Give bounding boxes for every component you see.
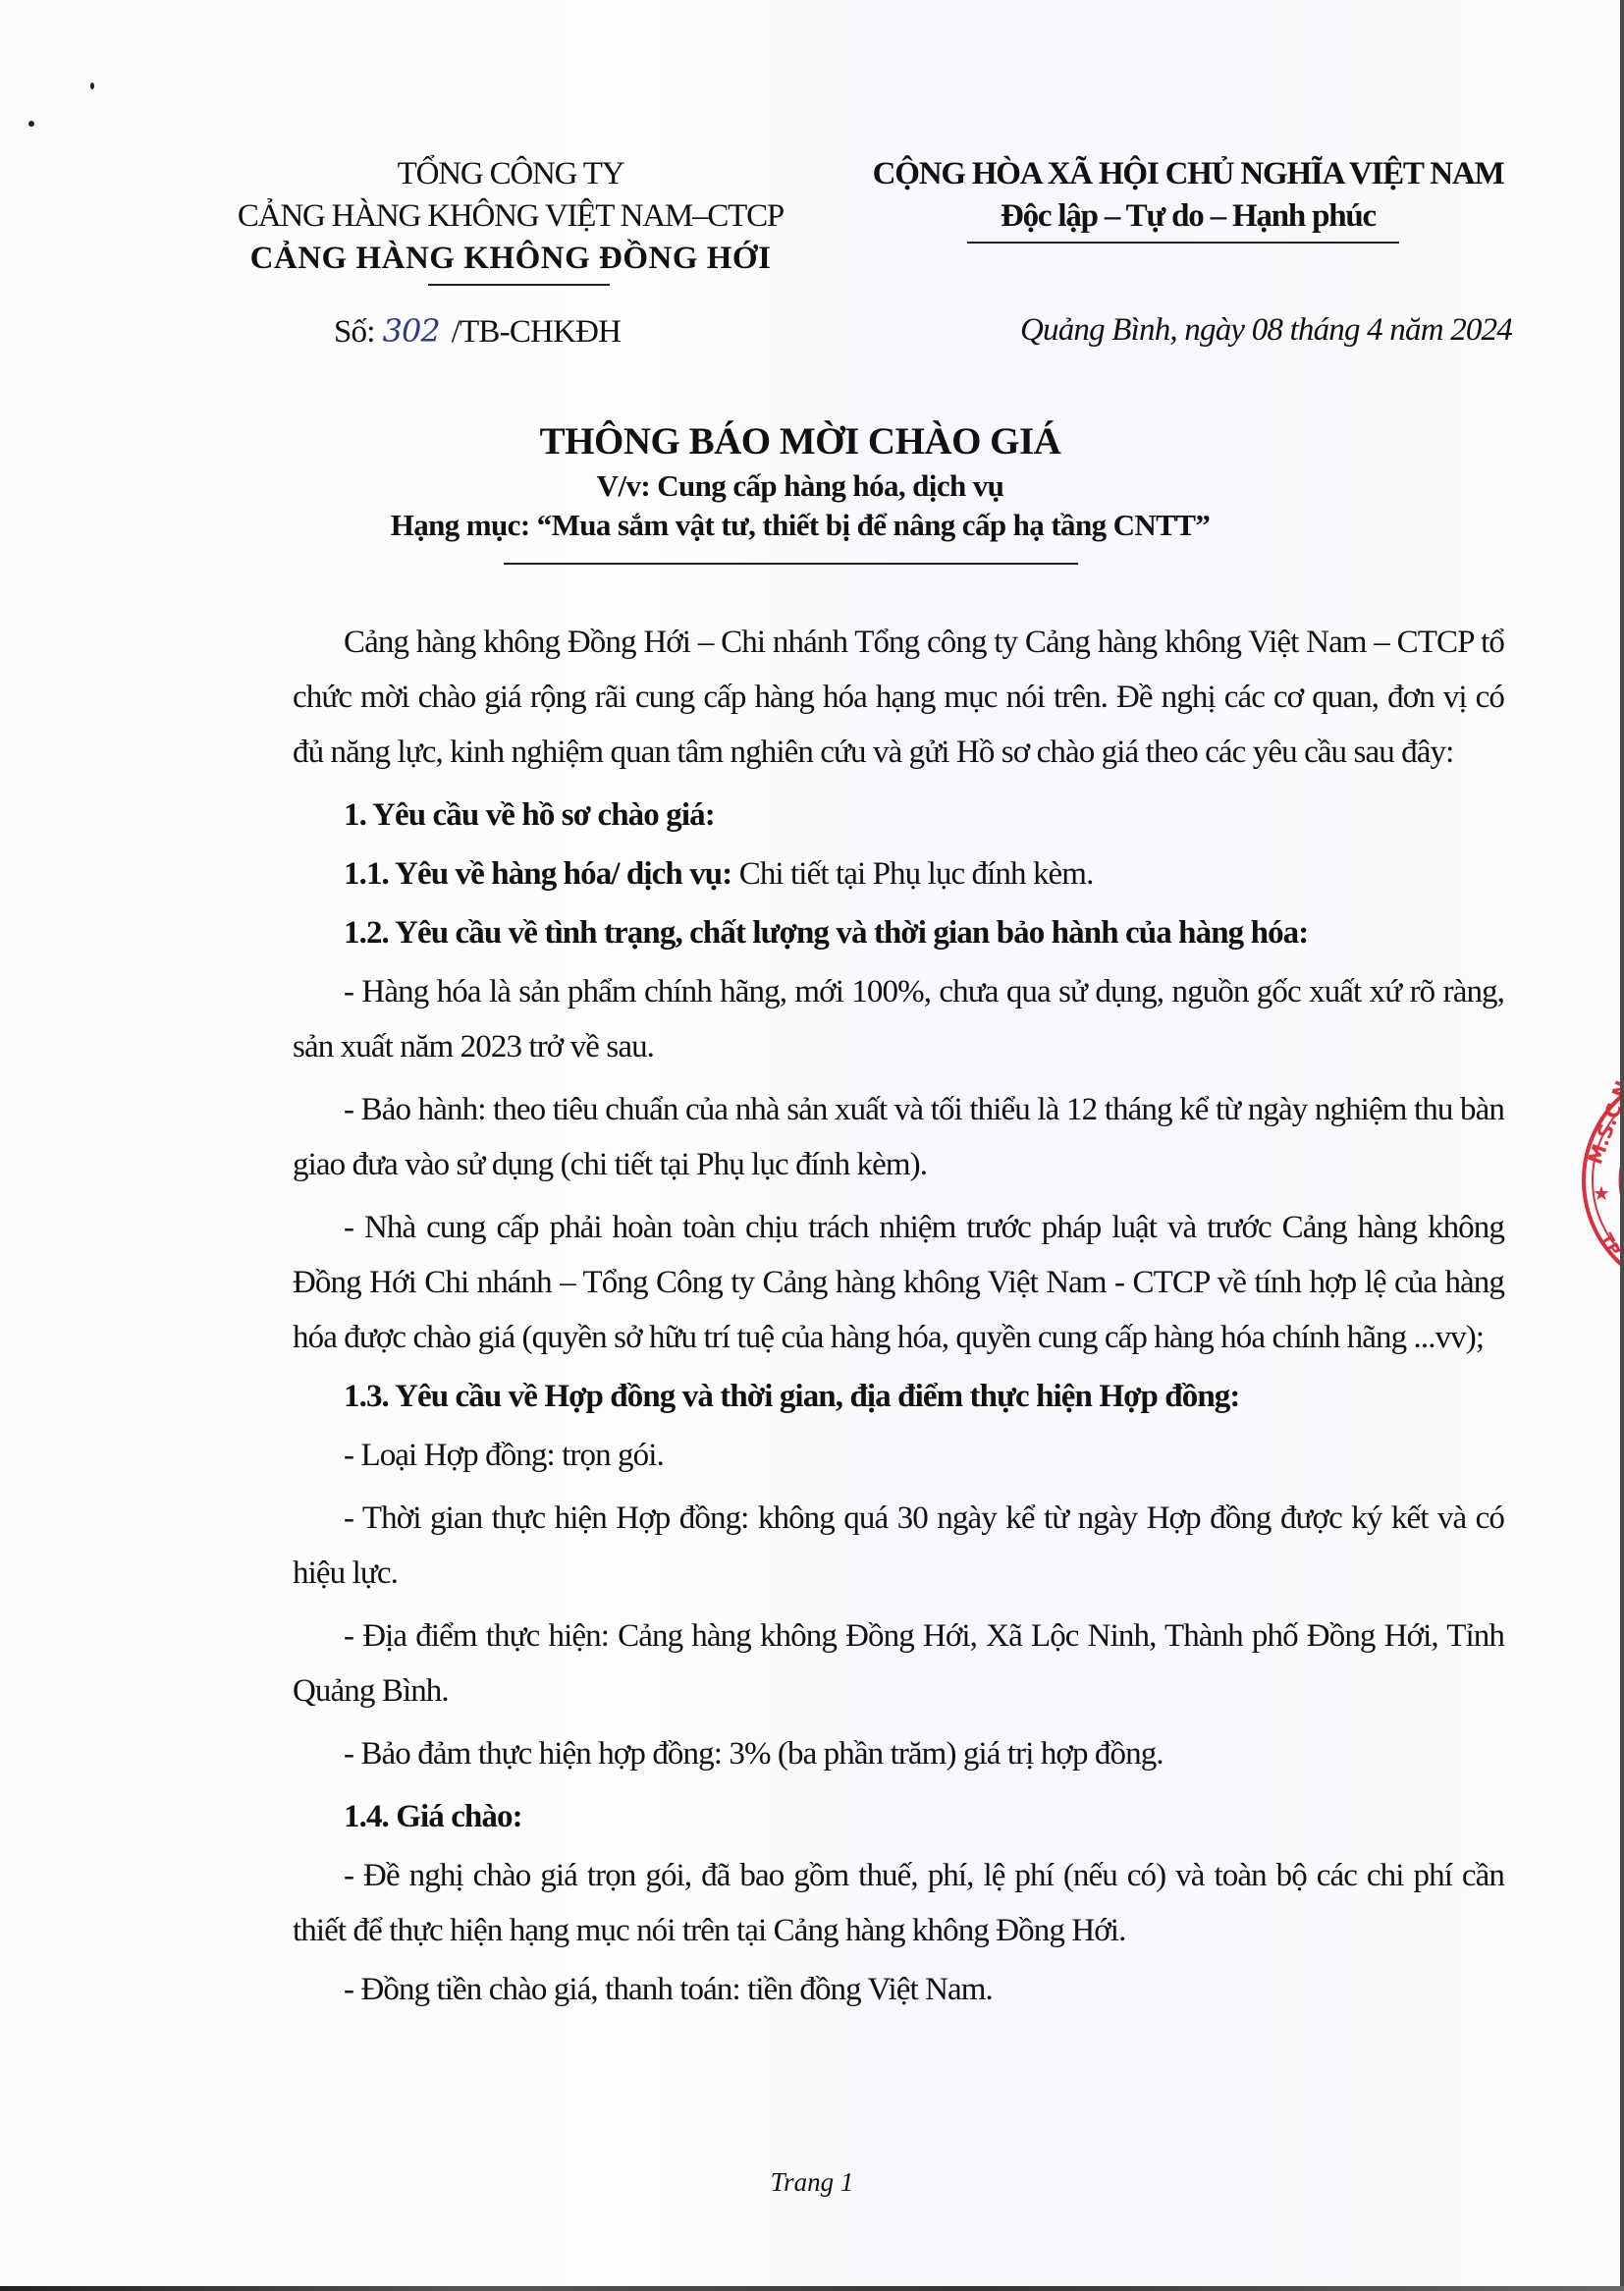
scan-edge bbox=[1620, 0, 1624, 2291]
section-1-heading: 1. Yêu cầu về hồ sơ chào giá: bbox=[293, 788, 1504, 843]
document-item: Hạng mục: “Mua sắm vật tư, thiết bị để n… bbox=[295, 506, 1306, 545]
scan-edge bbox=[0, 2286, 1624, 2291]
document-page: TỔNG CÔNG TY CẢNG HÀNG KHÔNG VIỆT NAM–CT… bbox=[0, 0, 1624, 2291]
page-number: Trang 1 bbox=[0, 2167, 1624, 2198]
scan-speck bbox=[28, 121, 34, 127]
list-item: - Bảo hành: theo tiêu chuẩn của nhà sản … bbox=[293, 1082, 1504, 1192]
issuing-organization: TỔNG CÔNG TY CẢNG HÀNG KHÔNG VIỆT NAM–CT… bbox=[196, 153, 825, 286]
doc-number-label: Số: bbox=[334, 314, 375, 350]
stamp-text: M.S.C.N bbox=[1583, 1077, 1624, 1167]
list-item: - Hàng hóa là sản phẩm chính hãng, mới 1… bbox=[293, 964, 1504, 1074]
title-underline bbox=[504, 563, 1078, 565]
section-1-1-text: Chi tiết tại Phụ lục đính kèm. bbox=[731, 856, 1093, 892]
intro-paragraph: Cảng hàng không Đồng Hới – Chi nhánh Tổn… bbox=[293, 615, 1504, 780]
country-name: CỘNG HÒA XÃ HỘI CHỦ NGHĨA VIỆT NAM bbox=[844, 153, 1532, 195]
list-item: - Bảo đảm thực hiện hợp đồng: 3% (ba phầ… bbox=[293, 1726, 1504, 1781]
title-block: THÔNG BÁO MỜI CHÀO GIÁ V/v: Cung cấp hàn… bbox=[295, 417, 1306, 565]
document-title: THÔNG BÁO MỜI CHÀO GIÁ bbox=[295, 417, 1306, 466]
org-underline bbox=[428, 284, 610, 286]
scan-speck bbox=[90, 82, 94, 89]
org-parent-line2: CẢNG HÀNG KHÔNG VIỆT NAM–CTCP bbox=[196, 195, 825, 238]
list-item: - Thời gian thực hiện Hợp đồng: không qu… bbox=[293, 1491, 1504, 1601]
motto: Độc lập – Tự do – Hạnh phúc bbox=[844, 195, 1532, 238]
national-motto: CỘNG HÒA XÃ HỘI CHỦ NGHĨA VIỆT NAM Độc l… bbox=[844, 153, 1532, 244]
document-body: Cảng hàng không Đồng Hới – Chi nhánh Tổn… bbox=[293, 615, 1504, 2017]
section-1-4-heading: 1.4. Giá chào: bbox=[293, 1789, 1504, 1844]
document-number: Số:302/TB-CHKĐH bbox=[334, 312, 621, 351]
list-item: - Địa điểm thực hiện: Cảng hàng không Đồ… bbox=[293, 1609, 1504, 1718]
section-1-1: 1.1. Yêu về hàng hóa/ dịch vụ: Chi tiết … bbox=[293, 846, 1504, 901]
svg-text:★: ★ bbox=[1593, 1181, 1610, 1205]
red-seal-stamp-icon: M.S.C.N ★ TP. bbox=[1579, 1063, 1624, 1298]
org-name: CẢNG HÀNG KHÔNG ĐỒNG HỚI bbox=[196, 238, 825, 280]
section-1-2-heading: 1.2. Yêu cầu về tình trạng, chất lượng v… bbox=[293, 905, 1504, 960]
doc-number-suffix: /TB-CHKĐH bbox=[452, 314, 621, 350]
list-item: - Đề nghị chào giá trọn gói, đã bao gồm … bbox=[293, 1848, 1504, 1958]
org-parent-line1: TỔNG CÔNG TY bbox=[196, 153, 825, 195]
handwritten-number: 302 bbox=[383, 312, 440, 350]
motto-underline bbox=[967, 242, 1399, 244]
section-1-1-heading: 1.1. Yêu về hàng hóa/ dịch vụ: bbox=[344, 856, 731, 892]
place-and-date: Quảng Bình, ngày 08 tháng 4 năm 2024 bbox=[1020, 312, 1512, 349]
list-item: - Loại Hợp đồng: trọn gói. bbox=[293, 1428, 1504, 1483]
document-subject: V/v: Cung cấp hàng hóa, dịch vụ bbox=[295, 466, 1306, 506]
list-item: - Nhà cung cấp phải hoàn toàn chịu trách… bbox=[293, 1200, 1504, 1365]
section-1-3-heading: 1.3. Yêu cầu về Hợp đồng và thời gian, đ… bbox=[293, 1369, 1504, 1424]
list-item: - Đồng tiền chào giá, thanh toán: tiền đ… bbox=[293, 1962, 1504, 2017]
